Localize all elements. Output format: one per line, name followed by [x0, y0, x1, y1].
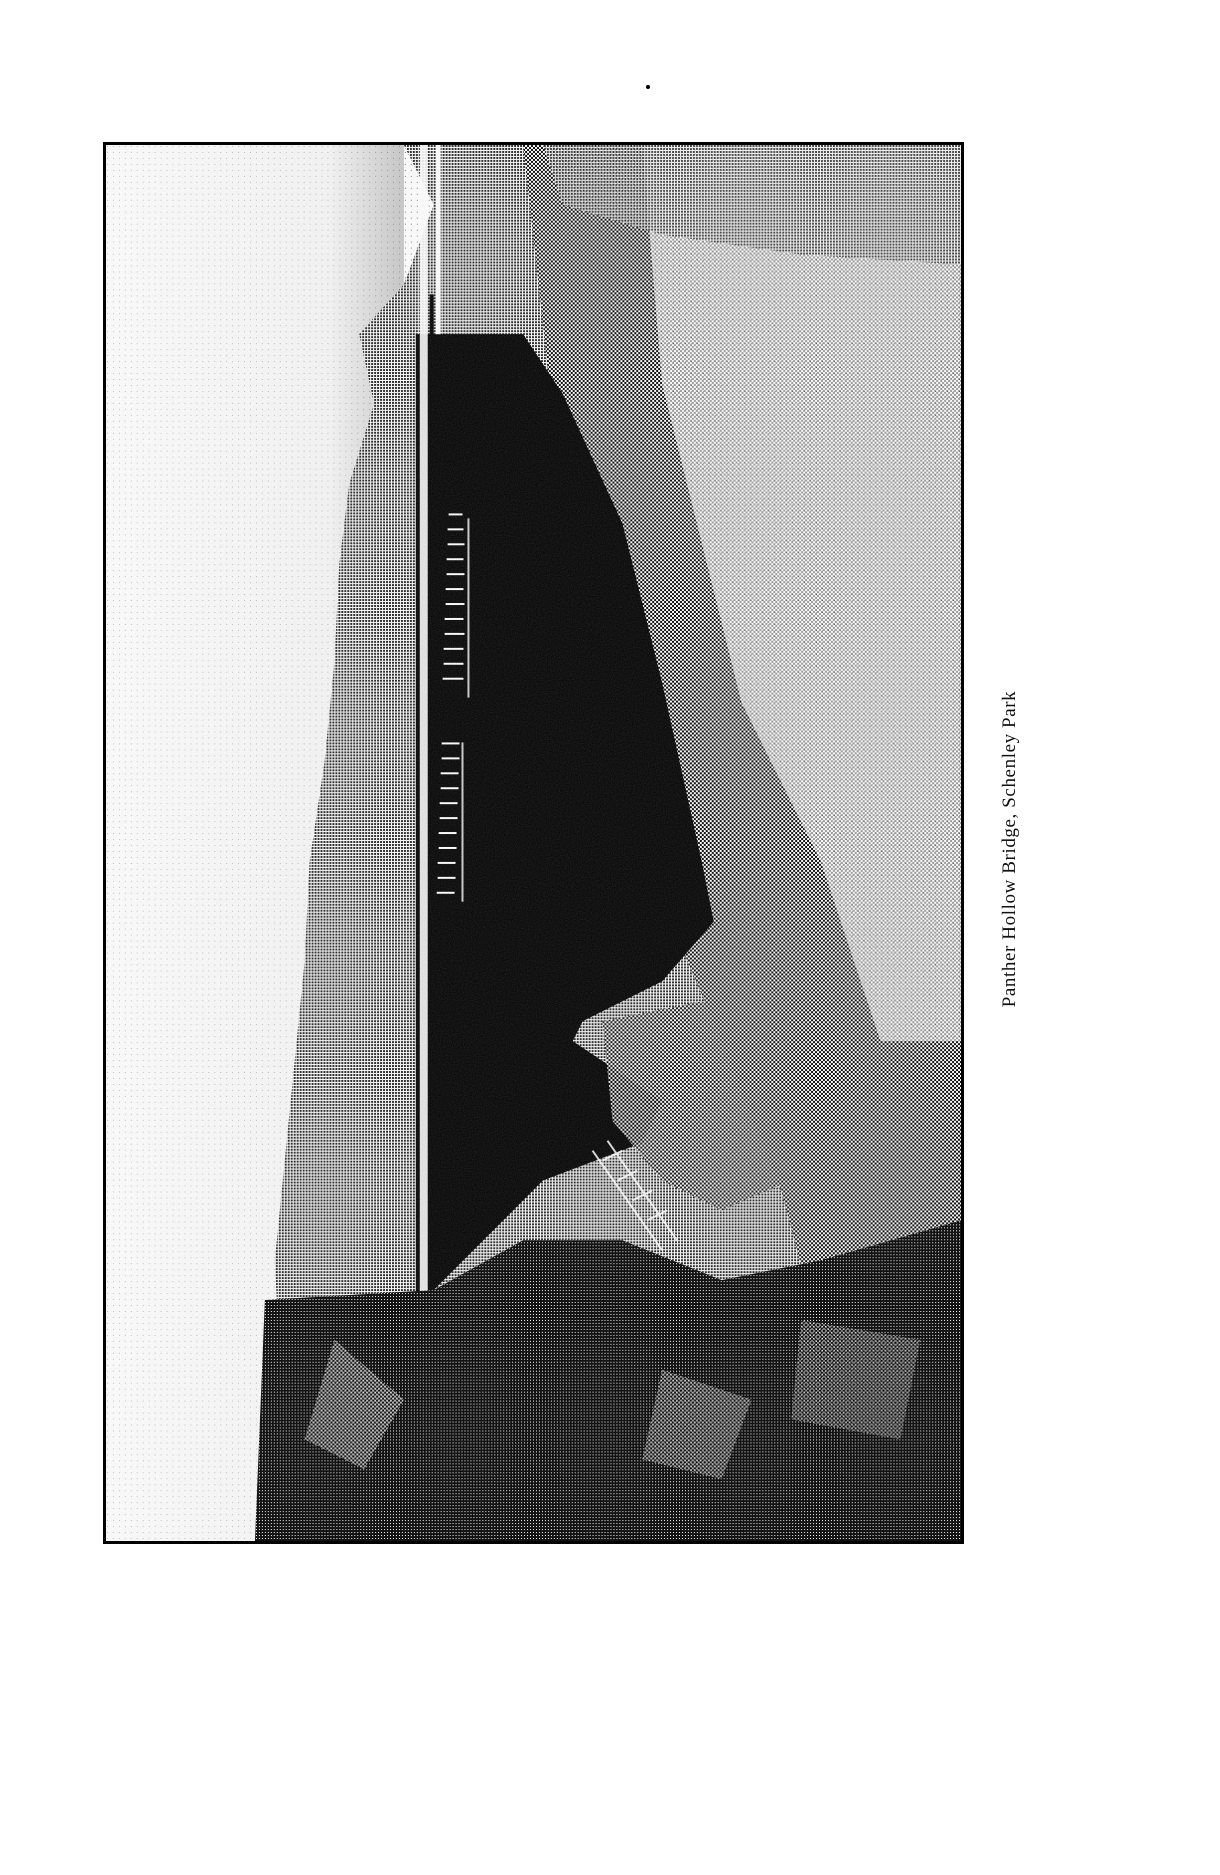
- photograph-plate: [103, 142, 964, 1544]
- scanned-page: Panther Hollow Bridge, Schenley Park: [0, 0, 1220, 1875]
- bridge-photograph: [106, 145, 961, 1541]
- photo-caption: Panther Hollow Bridge, Schenley Park: [999, 691, 1021, 1008]
- print-speck: [646, 85, 650, 89]
